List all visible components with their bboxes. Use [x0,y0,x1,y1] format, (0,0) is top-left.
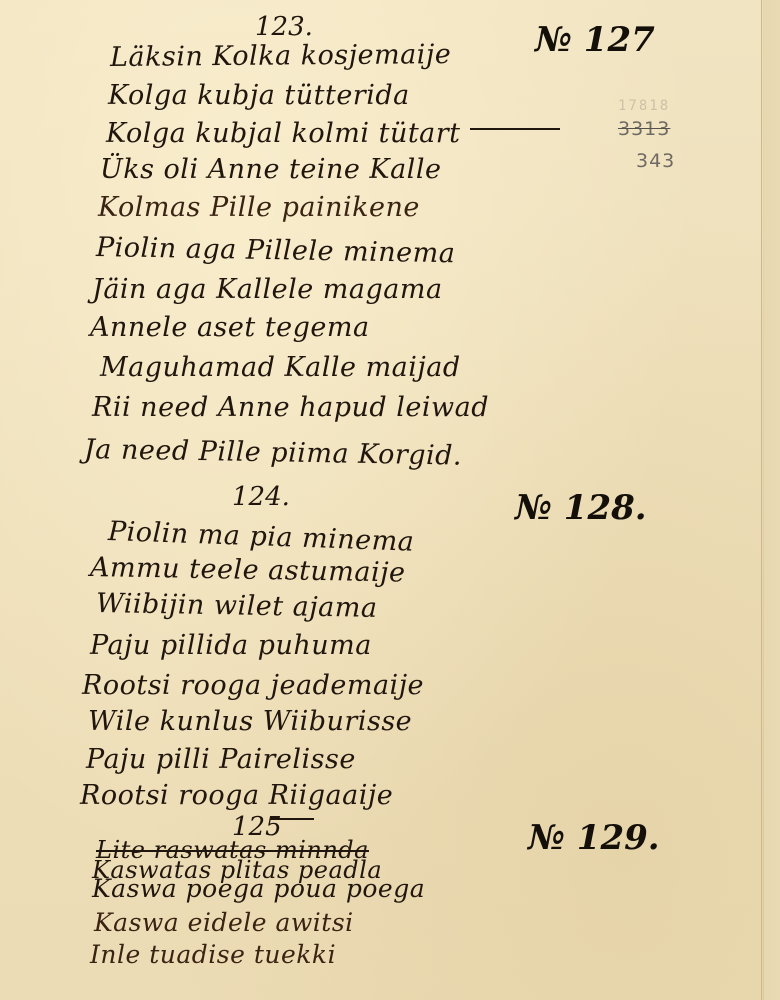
song-123-line-9: Maguhamad Kalle maijad [100,352,461,383]
archive-number-128: № 128. [515,488,647,528]
song-123-line-7: Jäin aga Kallele magama [92,274,443,305]
song-123-line-11: Ja need Pille piima Korgid. [84,434,463,472]
archive-number-129: № 129. [528,818,660,858]
page-number: 343 [636,150,675,172]
song-123-line-10: Rii need Anne hapud leiwad [92,392,489,423]
archive-number-127: № 127 [535,20,655,60]
song-number-124: 124. [232,482,290,512]
song-125-line-5: Inle tuadise tuekki [90,940,336,969]
song-125-line-4: Kaswa eidele awitsi [94,908,354,937]
page-edge [761,0,780,1000]
song-number-123: 123. [255,12,313,42]
song-124-line-5: Rootsi rooga jeademaije [82,670,424,701]
song-124-line-1: Piolin ma pia minema [107,516,414,558]
song-124-line-4: Paju pillida puhuma [90,630,372,661]
song-123-line-8: Annele aset tegema [90,312,370,343]
ink-rule [470,128,560,130]
song-124-line-3: Wiibijin wilet ajama [96,588,378,624]
song-123-line-6: Piolin aga Pillele minema [96,232,456,269]
manuscript-page: 17818 3313 343 123. № 127 Läksin Kolka k… [0,0,780,1000]
song-124-line-2: Ammu teele astumaije [90,552,406,589]
faint-stamp: 17818 [618,98,670,114]
ink-rule-125 [270,818,314,820]
song-123-line-1: Läksin Kolka kosjemaije [110,39,452,73]
song-125-line-3: Kaswa poega poua poega [92,874,425,903]
song-123-line-3: Kolga kubjal kolmi tütart [106,118,461,149]
song-124-line-7: Paju pilli Pairelisse [86,744,356,775]
song-124-line-6: Wile kunlus Wiiburisse [88,706,412,737]
song-124-line-8: Rootsi rooga Riigaaije [80,780,393,811]
song-123-line-5: Kolmas Pille painikene [98,192,420,223]
old-page-number: 3313 [618,118,670,140]
song-123-line-2: Kolga kubja tütterida [108,80,410,111]
song-123-line-4: Üks oli Anne teine Kalle [100,154,441,185]
